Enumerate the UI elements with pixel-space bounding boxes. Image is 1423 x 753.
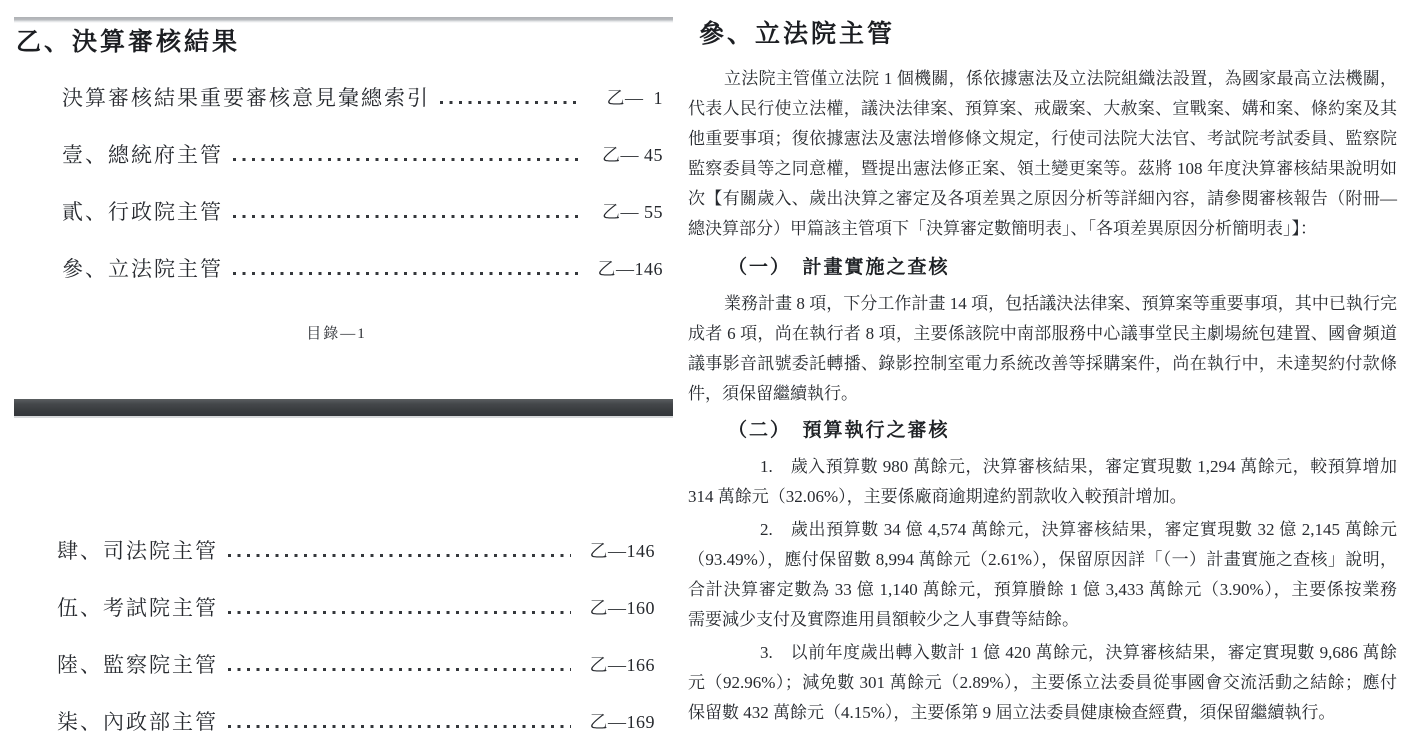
text-line: 需要減少支付及實際進用員額較少之人事費等結餘。 (688, 605, 1397, 635)
text-line: 他重要事項；復依據憲法及憲法增修條文規定，行使司法院大法官、考試院考試委員、監察… (688, 124, 1397, 154)
toc-entry-page: 乙— 55 (587, 198, 663, 226)
right-page-heading: 參、立法院主管 (699, 14, 895, 50)
section-2-heading: （二） 預算執行之審核 (688, 416, 1423, 446)
text-line: 總決算部分）甲篇該主管項下「決算審定數簡明表」、「各項差異原因分析簡明表」】： (688, 214, 1397, 244)
text-line: 314 萬餘元（32.06%），主要係廠商逾期違約罰款收入較預計增加。 (688, 482, 1397, 512)
toc-entry-page: 乙—166 (579, 651, 655, 679)
toc-dot-leader (233, 272, 579, 275)
right-page: 參、立法院主管 立法院主管僅立法院 1 個機關，係依據憲法及立法院組織法設置，為… (688, 0, 1397, 753)
toc-entry-page: 乙—146 (579, 537, 655, 565)
toc-entry: 柒、內政部主管 乙—169 (57, 708, 655, 736)
text-line: 1. 歲入預算數 980 萬餘元，決算審核結果，審定實現數 1,294 萬餘元，… (688, 452, 1397, 482)
toc-entry-label: 壹、總統府主管 (62, 141, 223, 169)
toc-entry-label: 柒、內政部主管 (57, 708, 218, 736)
toc-dot-leader (228, 611, 571, 614)
text-line: 保留數 432 萬餘元（4.15%），主要係第 9 屆立法委員健康檢查經費，須保… (688, 698, 1397, 728)
left-page: 乙、決算審核結果 決算審核結果重要審核意見彙總索引 乙— 1 壹、總統府主管 乙… (0, 0, 673, 753)
text-line: 業務計畫 8 項，下分工作計畫 14 項，包括議決法律案、預算案等重要事項，其中… (688, 289, 1397, 319)
toc-entry-label: 陸、監察院主管 (57, 651, 218, 679)
toc-entry-label: 肆、司法院主管 (57, 537, 218, 565)
toc-entry-label: 貳、行政院主管 (62, 198, 223, 226)
text-line: 監察委員等之同意權，暨提出憲法修正案、領土變更案等。茲將 108 年度決算審核結… (688, 154, 1397, 184)
text-line: 2. 歲出預算數 34 億 4,574 萬餘元，決算審核結果，審定實現數 32 … (688, 515, 1397, 545)
toc-dot-leader (233, 158, 579, 161)
toc-dot-leader (228, 554, 571, 557)
toc-entry: 參、立法院主管 乙—146 (62, 255, 663, 283)
toc-entry-page: 乙— 45 (587, 141, 663, 169)
toc-entry: 陸、監察院主管 乙—166 (57, 651, 655, 679)
text-line: 元（92.96%）；減免數 301 萬餘元（2.89%），主要係立法委員從事國會… (688, 668, 1397, 698)
toc-entry: 壹、總統府主管 乙— 45 (62, 141, 663, 169)
toc-entry: 貳、行政院主管 乙— 55 (62, 198, 663, 226)
page-separator-bar (14, 399, 673, 418)
toc-dot-leader (228, 668, 571, 671)
text-line: 議事影音訊號委託轉播、錄影控制室電力系統改善等採購案件，尚在執行中，未達契約付款… (688, 349, 1397, 379)
numbered-item-2: 2. 歲出預算數 34 億 4,574 萬餘元，決算審核結果，審定實現數 32 … (688, 515, 1397, 635)
text-line: 代表人民行使立法權，議決法律案、預算案、戒嚴案、大赦案、宣戰案、媾和案、條約案及… (688, 94, 1397, 124)
left-page-footer: 目錄—1 (0, 322, 673, 343)
toc-entry-label: 決算審核結果重要審核意見彙總索引 (62, 84, 430, 112)
text-line: 次【有關歲入、歲出決算之審定及各項差異之原因分析等詳細內容，請參閱審核報告（附冊… (688, 184, 1397, 214)
toc-entry-page: 乙—160 (579, 594, 655, 622)
toc-dot-leader (233, 215, 579, 218)
section-1-heading: （一） 計畫實施之查核 (688, 253, 1423, 283)
toc-entry-page: 乙—169 (579, 708, 655, 736)
paragraph-intro: 立法院主管僅立法院 1 個機關，係依據憲法及立法院組織法設置，為國家最高立法機關… (688, 64, 1397, 244)
toc-dot-leader (228, 725, 571, 728)
numbered-item-3: 3. 以前年度歲出轉入數計 1 億 420 萬餘元，決算審核結果，審定實現數 9… (688, 638, 1397, 728)
paragraph-section-1: 業務計畫 8 項，下分工作計畫 14 項，包括議決法律案、預算案等重要事項，其中… (688, 289, 1397, 409)
toc-entry-label: 伍、考試院主管 (57, 594, 218, 622)
toc-entry: 決算審核結果重要審核意見彙總索引 乙— 1 (62, 84, 663, 112)
toc-entry: 肆、司法院主管 乙—146 (57, 537, 655, 565)
toc-entry-page: 乙— 1 (587, 84, 663, 112)
toc-entry-page: 乙—146 (587, 255, 663, 283)
text-line: （93.49%），應付保留數 8,994 萬餘元（2.61%），保留原因詳「（一… (688, 545, 1397, 575)
document-view: 乙、決算審核結果 決算審核結果重要審核意見彙總索引 乙— 1 壹、總統府主管 乙… (0, 0, 1423, 753)
toc-entry: 伍、考試院主管 乙—160 (57, 594, 655, 622)
numbered-item-1: 1. 歲入預算數 980 萬餘元，決算審核結果，審定實現數 1,294 萬餘元，… (688, 452, 1397, 512)
toc-dot-leader (440, 101, 579, 104)
text-line: 3. 以前年度歲出轉入數計 1 億 420 萬餘元，決算審核結果，審定實現數 9… (688, 638, 1397, 668)
toc-entry-label: 參、立法院主管 (62, 255, 223, 283)
text-line: 合計決算審定數為 33 億 1,140 萬餘元，預算賸餘 1 億 3,433 萬… (688, 575, 1397, 605)
text-line: 成者 6 項，尚在執行者 8 項，主要係該院中南部服務中心議事堂民主劇場統包建置… (688, 319, 1397, 349)
text-line: 件，須保留繼續執行。 (688, 379, 1397, 409)
left-page-heading: 乙、決算審核結果 (16, 22, 240, 58)
text-line: 立法院主管僅立法院 1 個機關，係依據憲法及立法院組織法設置，為國家最高立法機關… (688, 64, 1397, 94)
